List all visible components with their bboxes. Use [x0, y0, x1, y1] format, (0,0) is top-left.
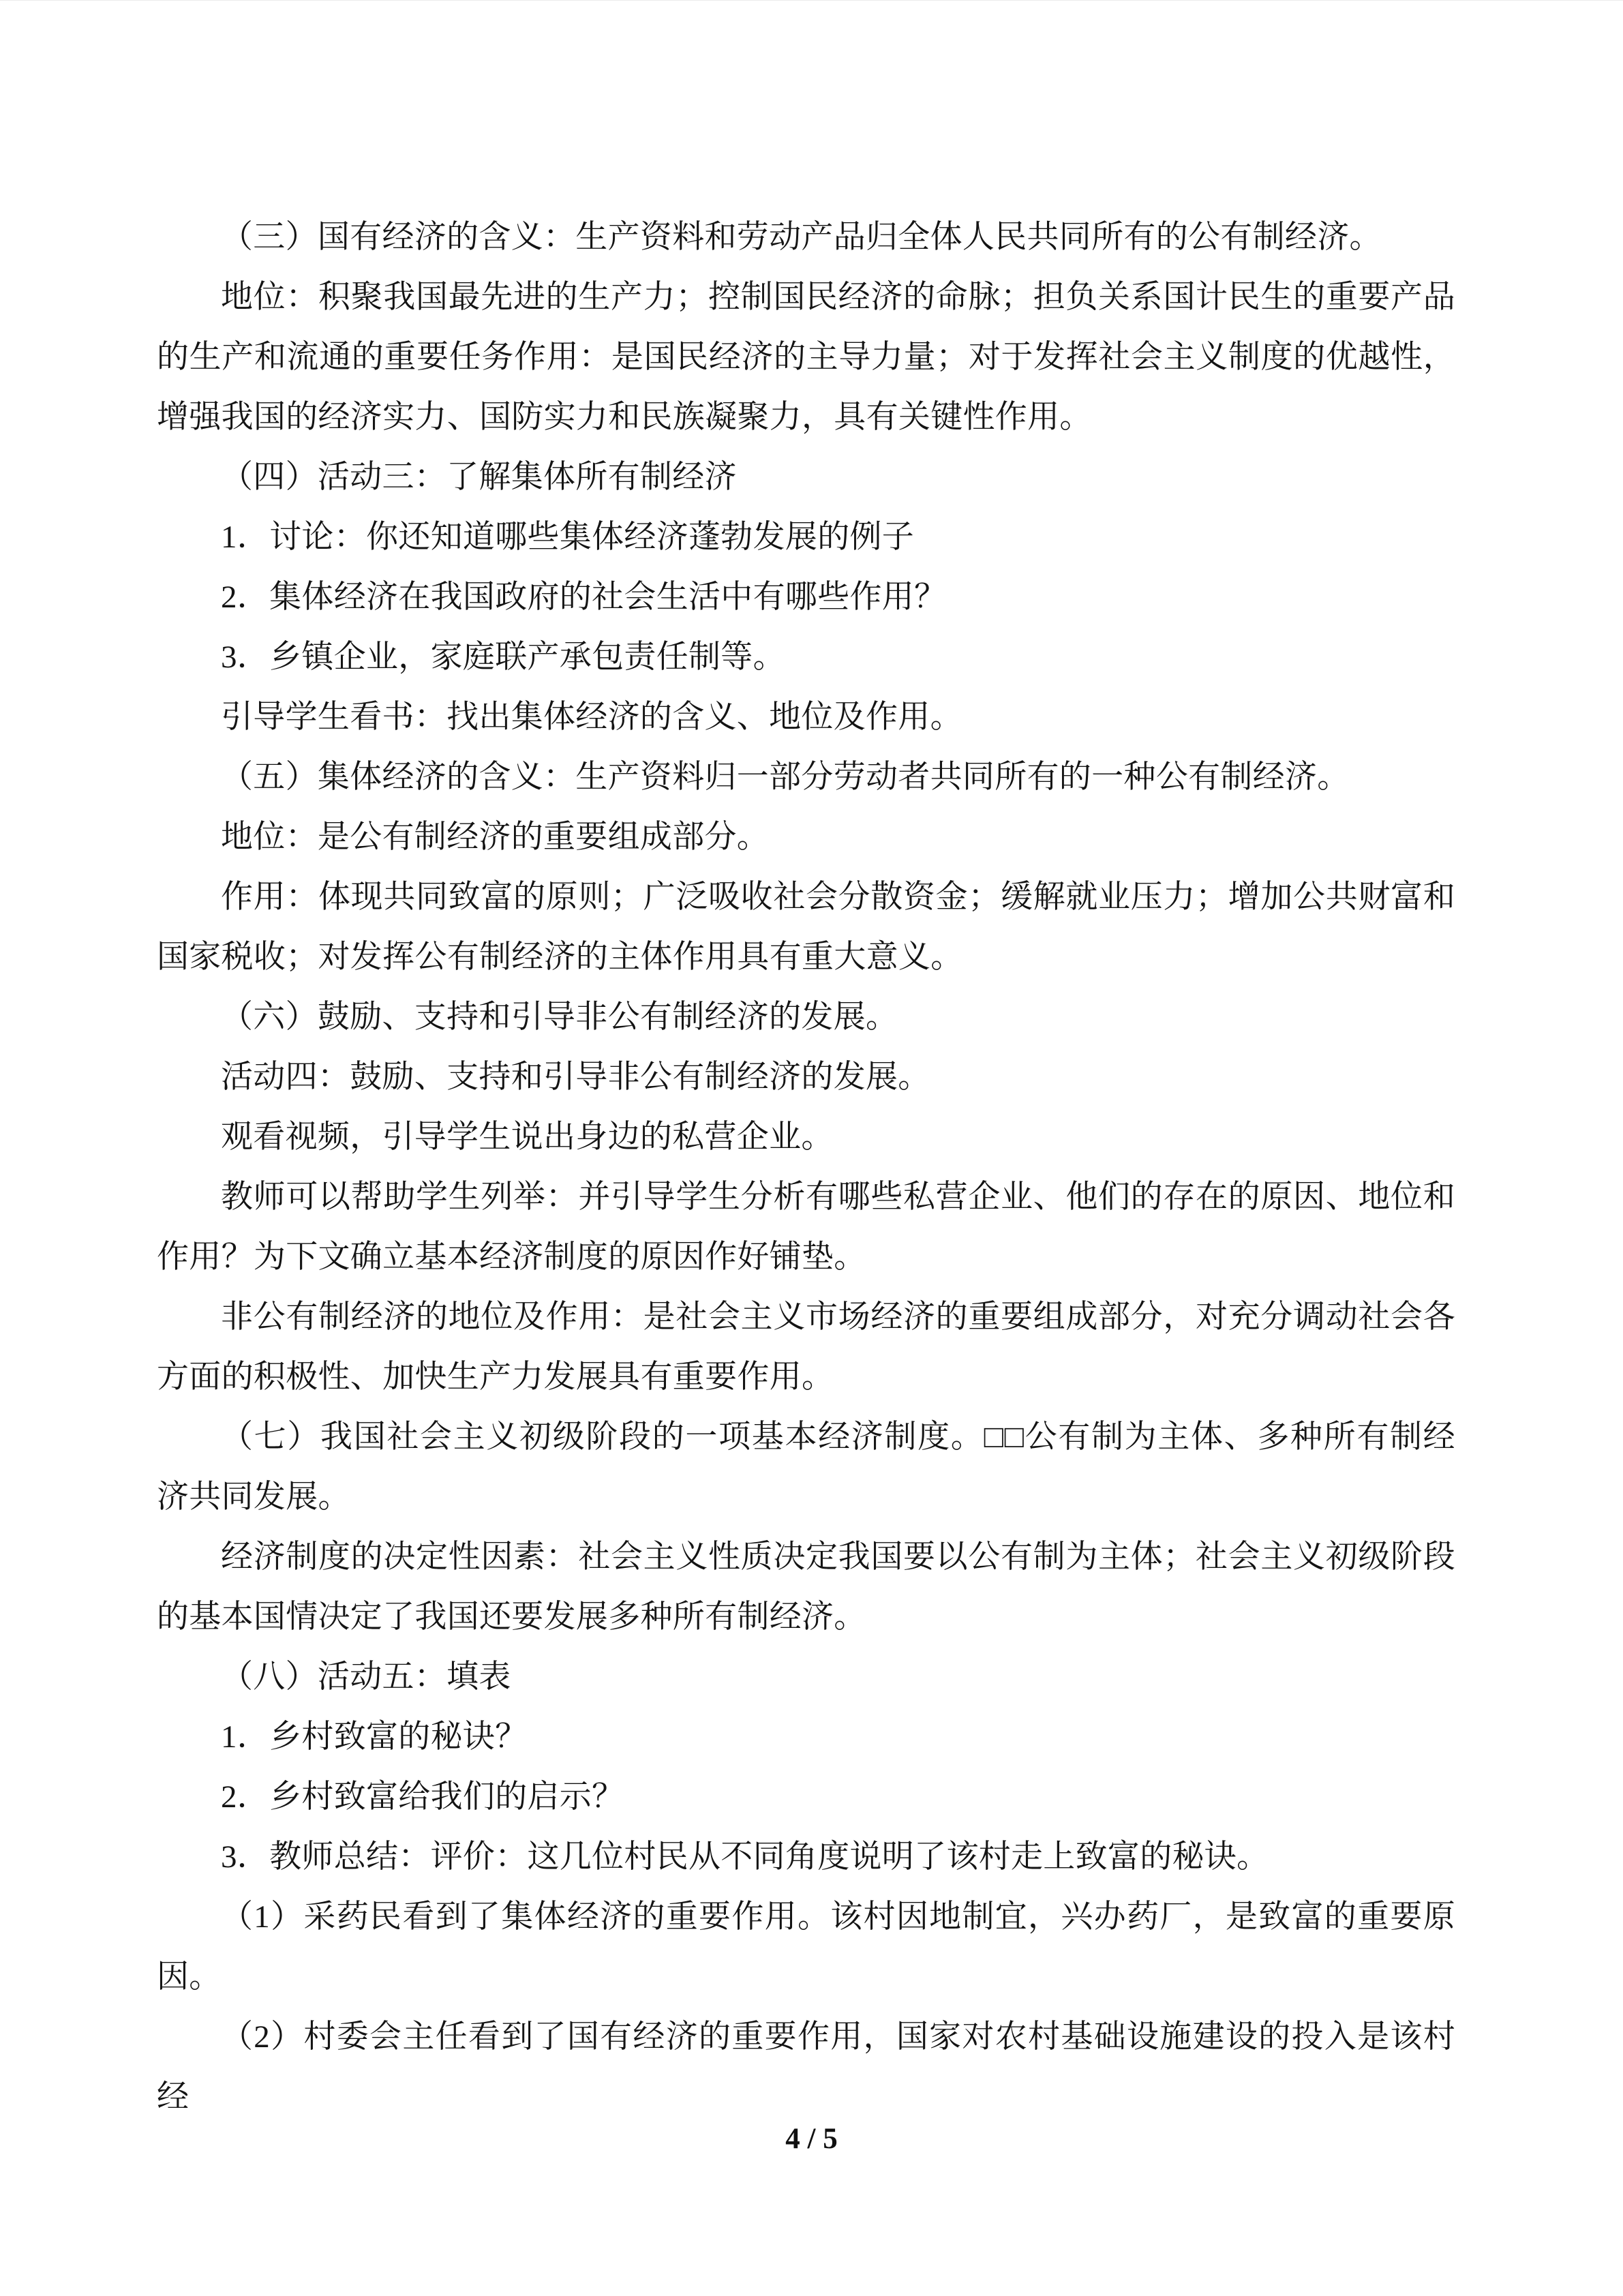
document-body: （三）国有经济的含义：生产资料和劳动产品归全体人民共同所有的公有制经济。 地位：…: [157, 207, 1455, 2127]
text-line: 2．集体经济在我国政府的社会生活中有哪些作用？: [157, 567, 1455, 627]
text-line: （七）我国社会主义初级阶段的一项基本经济制度。□□公有制为主体、多种所有制经: [157, 1407, 1455, 1467]
text-line: 的基本国情决定了我国还要发展多种所有制经济。: [157, 1587, 1455, 1647]
text-line: 地位：是公有制经济的重要组成部分。: [157, 807, 1455, 867]
text-line: 观看视频，引导学生说出身边的私营企业。: [157, 1107, 1455, 1167]
text-line: 1．乡村致富的秘诀？: [157, 1707, 1455, 1767]
text-line: 国家税收；对发挥公有制经济的主体作用具有重大意义。: [157, 927, 1455, 987]
text-line: 教师可以帮助学生列举：并引导学生分析有哪些私营企业、他们的存在的原因、地位和: [157, 1167, 1455, 1227]
text-line: （五）集体经济的含义：生产资料归一部分劳动者共同所有的一种公有制经济。: [157, 747, 1455, 807]
text-line: 3．乡镇企业，家庭联产承包责任制等。: [157, 627, 1455, 687]
text-line: 方面的积极性、加快生产力发展具有重要作用。: [157, 1347, 1455, 1407]
text-line: 2．乡村致富给我们的启示？: [157, 1767, 1455, 1827]
text-line: 3．教师总结：评价：这几位村民从不同角度说明了该村走上致富的秘诀。: [157, 1827, 1455, 1887]
text-line: 非公有制经济的地位及作用：是社会主义市场经济的重要组成部分，对充分调动社会各: [157, 1287, 1455, 1347]
text-line: （四）活动三：了解集体所有制经济: [157, 447, 1455, 507]
text-line: （六）鼓励、支持和引导非公有制经济的发展。: [157, 987, 1455, 1047]
text-line: 的生产和流通的重要任务作用：是国民经济的主导力量；对于发挥社会主义制度的优越性，: [157, 327, 1455, 387]
text-line: 地位：积聚我国最先进的生产力；控制国民经济的命脉；担负关系国计民生的重要产品: [157, 267, 1455, 327]
text-line: 因。: [157, 1947, 1455, 2007]
text-line: 济共同发展。: [157, 1467, 1455, 1527]
text-line: （八）活动五：填表: [157, 1647, 1455, 1707]
text-line: 作用？为下文确立基本经济制度的原因作好铺垫。: [157, 1227, 1455, 1287]
text-line: 经济制度的决定性因素：社会主义性质决定我国要以公有制为主体；社会主义初级阶段: [157, 1527, 1455, 1587]
text-line: 引导学生看书：找出集体经济的含义、地位及作用。: [157, 687, 1455, 747]
text-line: 作用：体现共同致富的原则；广泛吸收社会分散资金；缓解就业压力；增加公共财富和: [157, 867, 1455, 927]
text-line: 活动四：鼓励、支持和引导非公有制经济的发展。: [157, 1047, 1455, 1107]
text-line: （1）采药民看到了集体经济的重要作用。该村因地制宜，兴办药厂，是致富的重要原: [157, 1887, 1455, 1947]
text-line: 1．讨论：你还知道哪些集体经济蓬勃发展的例子: [157, 507, 1455, 567]
text-line: （三）国有经济的含义：生产资料和劳动产品归全体人民共同所有的公有制经济。: [157, 207, 1455, 267]
page-number: 4 / 5: [0, 2122, 1623, 2156]
text-line: 增强我国的经济实力、国防实力和民族凝聚力，具有关键性作用。: [157, 387, 1455, 447]
text-line: （2）村委会主任看到了国有经济的重要作用，国家对农村基础设施建设的投入是该村经: [157, 2007, 1455, 2127]
document-page: （三）国有经济的含义：生产资料和劳动产品归全体人民共同所有的公有制经济。 地位：…: [0, 0, 1623, 2296]
